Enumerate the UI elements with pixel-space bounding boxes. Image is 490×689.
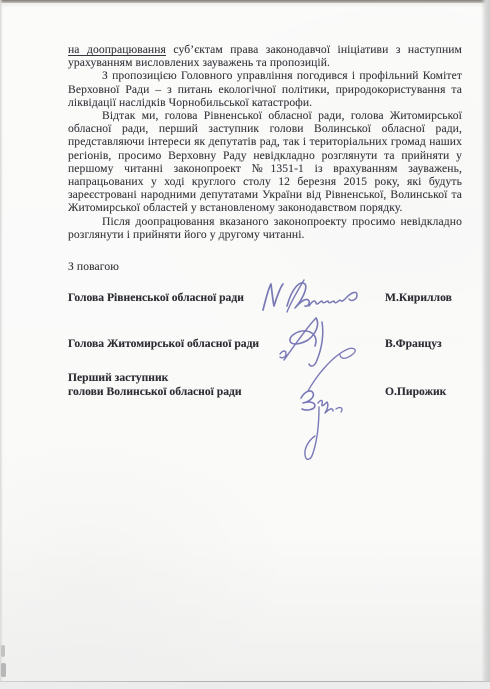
- underlined-phrase: на доопрацювання: [68, 43, 166, 56]
- paragraph: З пропозицією Головного управління погод…: [68, 69, 462, 109]
- closing-salutation: З повагою: [68, 260, 462, 273]
- signatory-title: Голова Житомирської обласної ради: [68, 337, 259, 351]
- scan-edge-right: [481, 0, 490, 689]
- signatory-name: О.Пирожик: [385, 385, 446, 399]
- letter-body: на доопрацювання суб’єктам права законод…: [68, 43, 462, 273]
- scan-artifact: [1, 645, 5, 657]
- scanned-document-page: на доопрацювання суб’єктам права законод…: [0, 0, 490, 689]
- scan-edge-top-shadow: [0, 3, 490, 8]
- paragraph: Після доопрацювання вказаного законопрое…: [68, 215, 462, 241]
- scan-edge-bottom-band: [0, 682, 490, 689]
- signatory-title: Голова Рівненської обласної ради: [68, 291, 244, 305]
- signatory-row: Перший заступник голови Волинської облас…: [68, 371, 464, 398]
- scan-edge-left: [0, 0, 3, 689]
- signatory-row: Голова Житомирської обласної ради В.Фран…: [68, 337, 464, 351]
- paragraph-continuation: на доопрацювання суб’єктам права законод…: [68, 43, 462, 69]
- signatory-title: Перший заступник голови Волинської облас…: [68, 371, 242, 398]
- signatory-name: М.Кириллов: [385, 291, 452, 305]
- signatory-name: В.Француз: [385, 337, 442, 351]
- scan-artifact: [1, 663, 6, 677]
- paragraph: Відтак ми, голова Рівненської обласної р…: [68, 109, 462, 215]
- signature-pirozhyk: [288, 343, 368, 473]
